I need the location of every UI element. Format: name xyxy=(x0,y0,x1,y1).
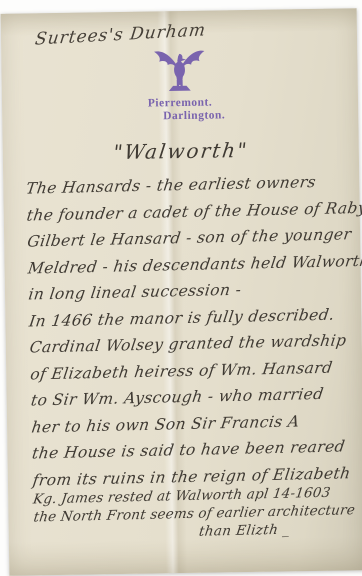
manuscript-title: "Walworth" xyxy=(1,136,360,166)
manuscript-body: The Hansards - the earliest owners the f… xyxy=(26,168,352,544)
letterhead-crest: Pierremont. Darlington. xyxy=(1,45,358,125)
manuscript-line: than Elizth _ xyxy=(198,519,353,541)
letterhead-line1: Pierremont. xyxy=(148,97,213,110)
letter-paper: Surtees's Durham Pierremont. Darlington. xyxy=(1,8,362,576)
letterhead-line2: Darlington. xyxy=(16,107,362,125)
top-annotation: Surtees's Durham xyxy=(34,20,207,49)
letterhead-address: Pierremont. Darlington. xyxy=(2,94,358,125)
